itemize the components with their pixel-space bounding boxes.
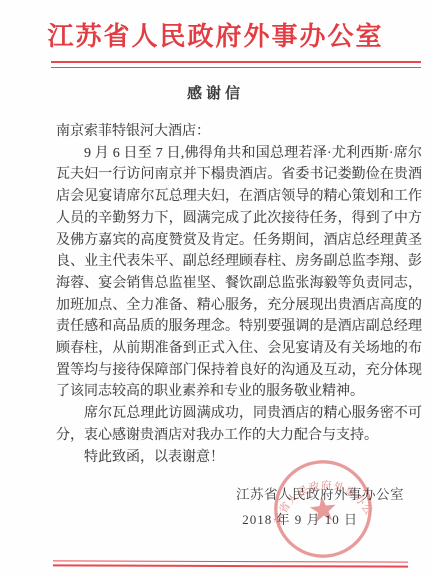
signature-org: 江苏省人民政府外事办公室 bbox=[0, 483, 431, 503]
document-title: 感谢信 bbox=[0, 82, 431, 103]
letterhead-title: 江苏省人民政府外事办公室 bbox=[0, 16, 431, 53]
paragraph-3: 特此致函，以表谢意！ bbox=[56, 447, 422, 469]
paragraph-2: 席尔瓦总理此访圆满成功，同贵酒店的精心服务密不可分，衷心感谢贵酒店对我办工作的大… bbox=[56, 403, 422, 446]
salutation: 南京索菲特银河大酒店： bbox=[56, 121, 422, 143]
letter-body: 南京索菲特银河大酒店： 9 月 6 日至 7 日,佛得角共和国总理若泽·尤利西斯… bbox=[56, 121, 422, 468]
footer-rule bbox=[53, 560, 408, 567]
signature-block: 江苏省人民政府外事办公室 2018 年 9 月 10 日 bbox=[0, 483, 431, 528]
scanned-letter-page: 江苏省人民政府外事办公室 感谢信 南京索菲特银河大酒店： 9 月 6 日至 7 … bbox=[0, 0, 431, 575]
paragraph-1: 9 月 6 日至 7 日,佛得角共和国总理若泽·尤利西斯·席尔瓦夫妇一行访问南京… bbox=[56, 143, 422, 403]
signature-date: 2018 年 9 月 10 日 bbox=[0, 509, 431, 528]
letterhead-rule bbox=[51, 61, 421, 68]
